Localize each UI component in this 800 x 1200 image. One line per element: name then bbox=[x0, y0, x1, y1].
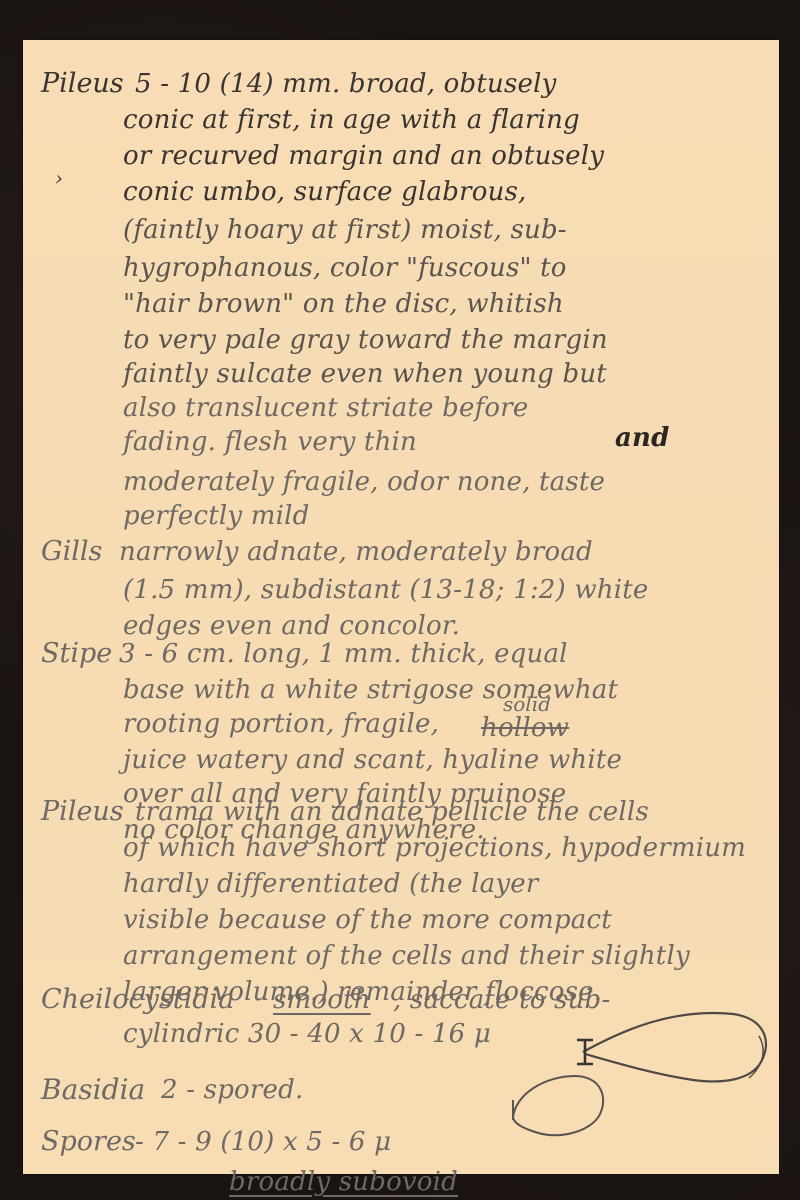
pileus-line-5: (faintly hoary at first) moist, sub- bbox=[123, 210, 567, 250]
pileus-line-4: conic umbo, surface glabrous, bbox=[123, 172, 527, 212]
pileus-line-11: fading. flesh very thin bbox=[123, 422, 417, 462]
gills-line-2: (1.5 mm), subdistant (13-18; 1:2) white bbox=[123, 570, 649, 610]
entry-label-pileus: Pileus bbox=[41, 64, 124, 104]
entry-label-stipe: Stipe bbox=[41, 634, 112, 674]
entry-label-pileus-trama: Pileus bbox=[41, 792, 124, 832]
pileus-line-3: or recurved margin and an obtusely bbox=[123, 136, 604, 176]
pileus-line-2: conic at first, in age with a flaring bbox=[123, 100, 580, 140]
trama-line-4: visible because of the more compact bbox=[123, 900, 612, 940]
entry-label-basidia: Basidia bbox=[41, 1070, 145, 1110]
spores-broadly-subovoid: broadly subovoid bbox=[229, 1162, 458, 1200]
pileus-line-1: 5 - 10 (14) mm. broad, obtusely bbox=[135, 64, 557, 104]
basidia-text: 2 - spored. bbox=[161, 1070, 303, 1110]
gills-line-1: narrowly adnate, moderately broad bbox=[119, 532, 593, 572]
index-card: Pileus 5 - 10 (14) mm. broad, obtusely c… bbox=[23, 40, 779, 1174]
stipe-line-1: 3 - 6 cm. long, 1 mm. thick, equal bbox=[119, 634, 568, 674]
trama-line-5: arrangement of the cells and their sligh… bbox=[123, 936, 690, 976]
margin-mark: › bbox=[55, 166, 63, 190]
pileus-line-7: "hair brown" on the disc, whitish bbox=[123, 284, 564, 324]
cheilocystidia-line-2: cylindric 30 - 40 x 10 - 16 μ bbox=[123, 1014, 491, 1054]
trama-line-3: hardly differentiated (the layer bbox=[123, 864, 538, 904]
ovoid-spore-sketch-icon bbox=[505, 1070, 615, 1140]
trama-line-2: of which have short projections, hypoder… bbox=[123, 828, 746, 868]
stipe-line-3: rooting portion, fragile, bbox=[123, 704, 439, 744]
spores-text: - 7 - 9 (10) x 5 - 6 μ bbox=[135, 1122, 391, 1162]
entry-label-gills: Gills bbox=[41, 532, 102, 572]
pileus-line-6: hygrophanous, color "fuscous" to bbox=[123, 248, 567, 288]
pileus-inserted-and: and bbox=[615, 418, 670, 458]
pileus-line-13: perfectly mild bbox=[123, 496, 309, 536]
trama-line-1: trama with an adnate pellicle the cells bbox=[135, 792, 649, 832]
entry-label-spores: Spores bbox=[41, 1122, 136, 1162]
